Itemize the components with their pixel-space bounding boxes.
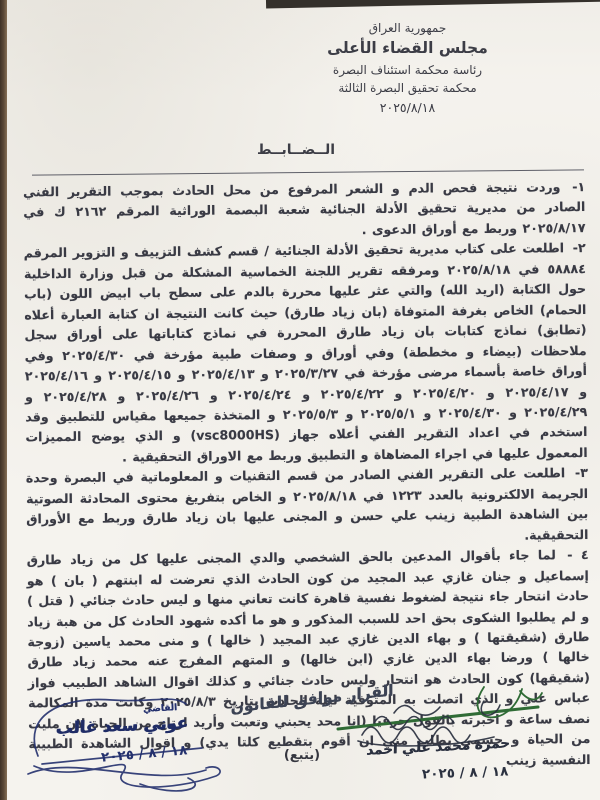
- letterhead-appeal-court: رئاسة محكمة استئناف البصرة: [290, 63, 525, 78]
- judge-signature-scribble: [20, 690, 225, 798]
- paragraph-1-text: وردت نتيجة فحص الدم و الشعر المرفوع من م…: [23, 179, 586, 237]
- letterhead-country: جمهورية العراق: [290, 21, 525, 36]
- court-letterhead: جمهورية العراق مجلس القضاء الأعلى رئاسة …: [290, 21, 525, 116]
- scan-edge-left: [0, 0, 7, 800]
- letterhead-investigation-court: محكمة تحقيق البصرة الثالثة: [290, 81, 525, 96]
- paragraph-2: ٢- اطلعت على كتاب مديرية تحقيق الأدلة ال…: [24, 238, 588, 468]
- scan-edge-top: [266, 0, 600, 8]
- paragraph-3: ٣- اطلعت على التقرير الفني الصادر من قسم…: [26, 463, 589, 550]
- letterhead-date: ٢٠٢٥/٨/١٨: [290, 100, 525, 116]
- prosecutor-signature-stamp: حمزة محمد علي احمد ١٨ / ٨ / ٢٠٢٥: [334, 683, 544, 795]
- scanned-court-document: جمهورية العراق مجلس القضاء الأعلى رئاسة …: [0, 0, 600, 800]
- paragraph-1-number: ١-: [569, 179, 585, 194]
- letterhead-council: مجلس القضاء الأعلى: [290, 39, 525, 58]
- judge-signature-stamp: القاضي عوني سعد غالب ١٨ / ٨ / ٢٠٢٥: [20, 690, 225, 798]
- paragraph-1: ١- وردت نتيجة فحص الدم و الشعر المرفوع م…: [23, 177, 586, 244]
- paragraph-4-number: ٤ -: [564, 547, 589, 562]
- prosecutor-date: ١٨ / ٨ / ٢٠٢٥: [421, 763, 508, 782]
- title-divider: [32, 169, 584, 175]
- paragraph-3-text: اطلعت على التقرير الفني الصادر من قسم ال…: [26, 466, 589, 543]
- continuation-mark: (يتبع): [260, 748, 344, 763]
- document-title: الــضــابــط: [226, 142, 366, 158]
- paragraph-2-text: اطلعت على كتاب مديرية تحقيق الأدلة الجنا…: [24, 241, 588, 465]
- paragraph-3-number: ٣-: [572, 465, 588, 480]
- paragraph-2-number: ٢-: [570, 240, 586, 255]
